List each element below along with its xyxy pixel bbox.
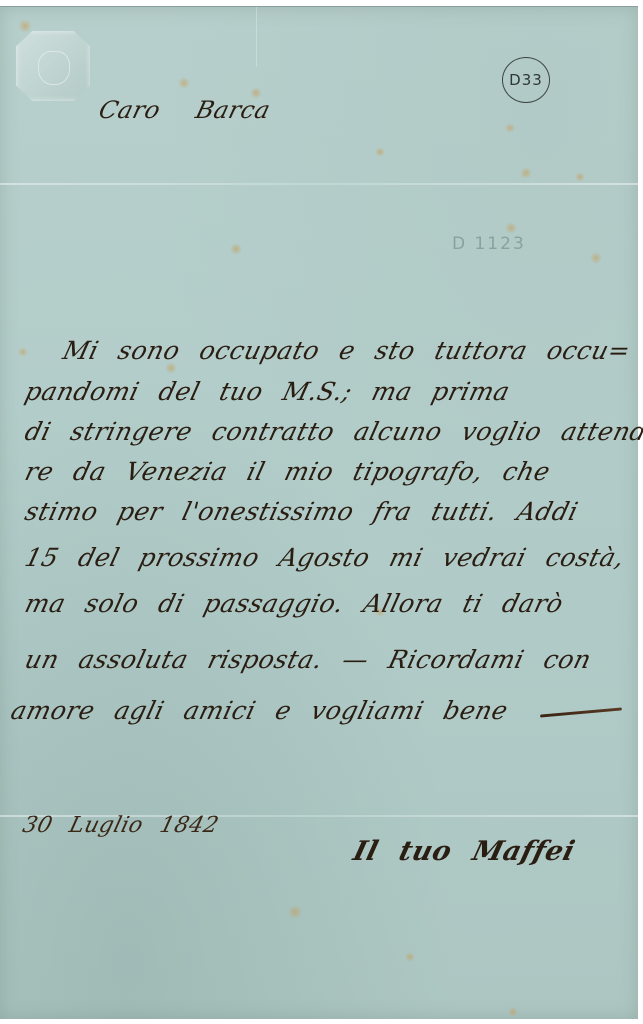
seal-crest: [38, 51, 70, 85]
foxing-spot: [18, 19, 32, 33]
foxing-spot: [590, 252, 602, 264]
foxing-spot: [375, 147, 385, 157]
foxing-spot: [520, 167, 532, 179]
foxing-spot: [508, 1007, 518, 1017]
archive-stamp-label: D33: [509, 71, 543, 89]
foxing-spot: [178, 77, 190, 89]
body-line: ma solo di passaggio. Allora ti darò: [22, 589, 566, 618]
body-line: re da Venezia il mio tipografo, che: [22, 457, 553, 486]
body-line: un assoluta risposta. — Ricordami con: [22, 645, 594, 674]
body-line: di stringere contratto alcuno voglio att…: [22, 417, 643, 446]
salutation: Caro Barca: [96, 96, 273, 124]
foxing-spot: [405, 952, 415, 962]
foxing-spot: [505, 222, 517, 234]
fold-crease-top: [0, 183, 638, 185]
body-line: stimo per l'onestissimo fra tutti. Addi: [22, 497, 581, 526]
body-line: amore agli amici e vogliami bene: [8, 696, 511, 725]
foxing-spot: [505, 123, 515, 133]
body-line: 15 del prossimo Agosto mi vedrai costà,: [22, 543, 628, 572]
body-line: pandomi del tuo M.S.; ma prima: [22, 377, 513, 406]
embossed-seal-icon: [16, 31, 90, 101]
pencil-catalog-mark: D 1123: [452, 234, 526, 254]
foxing-spot: [288, 905, 302, 919]
foxing-spot: [18, 347, 28, 357]
foxing-spot: [230, 243, 242, 255]
body-line: Mi sono occupato e sto tuttora occu=: [60, 336, 634, 365]
foxing-spot: [575, 172, 585, 182]
fold-crease-vertical: [256, 7, 257, 67]
letter-date: 30 Luglio 1842: [20, 813, 221, 838]
signature: Il tuo Maffei: [350, 836, 578, 867]
archive-stamp: D33: [502, 57, 550, 103]
